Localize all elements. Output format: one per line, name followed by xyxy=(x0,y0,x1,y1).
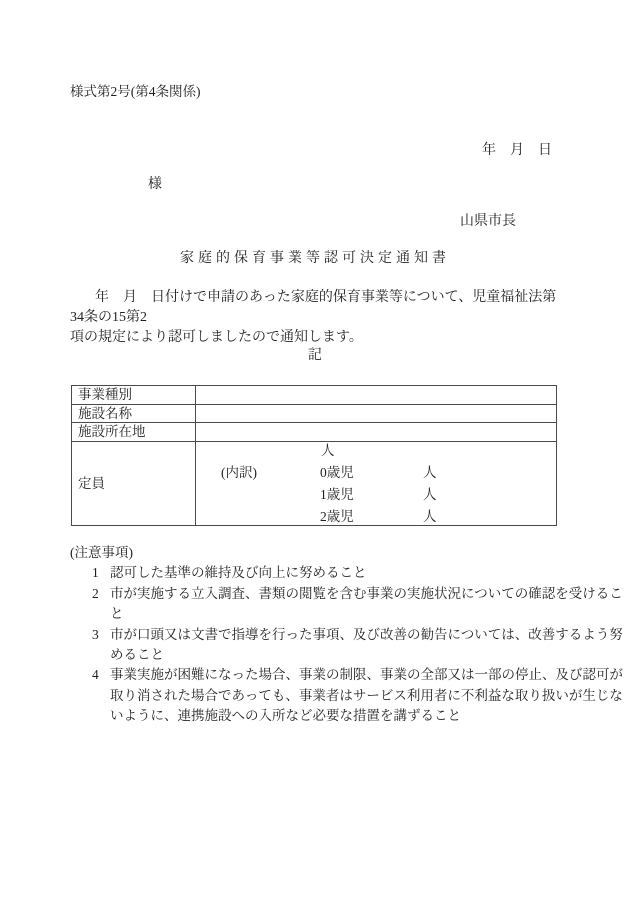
body-line-1: 年 月 日付けで申請のあった家庭的保育事業等について、児童福祉法第34条の15第… xyxy=(70,288,560,328)
table-row: 施設所在地 xyxy=(72,423,557,442)
document-title: 家庭的保育事業等認可決定通知書 xyxy=(0,252,630,266)
body-line-2: 項の規定により認可しましたので通知します。 xyxy=(70,328,560,348)
note-text: めること xyxy=(110,645,164,665)
note-number: 4 xyxy=(70,665,110,685)
facility-address-label: 施設所在地 xyxy=(72,423,196,442)
capacity-total-unit: 人 xyxy=(321,444,335,458)
capacity-label: 定員 xyxy=(72,442,196,526)
addressee-suffix: 様 xyxy=(148,178,162,192)
document-page: 様式第2号(第4条関係) 年 月 日 様 山県市長 家庭的保育事業等認可決定通知… xyxy=(0,0,630,915)
table-row: 定員 人 (内訳) 0歳児 人 1歳児 人 2歳児 人 xyxy=(72,442,557,526)
capacity-age1-unit: 人 xyxy=(423,488,437,502)
business-type-value-cell xyxy=(196,386,557,405)
note-text: いように、連携施設への入所など必要な措置を講ずること xyxy=(110,706,461,726)
record-marker: 記 xyxy=(0,349,630,363)
date-line: 年 月 日 xyxy=(482,144,552,158)
facility-address-value-cell xyxy=(196,423,557,442)
notes-section: (注意事項) 1 認可した基準の維持及び向上に努めること 2 市が実施する立入調… xyxy=(70,543,565,727)
table-row: 施設名称 xyxy=(72,404,557,423)
note-number-spacer xyxy=(70,706,110,726)
note-text: 認可した基準の維持及び向上に努めること xyxy=(110,563,367,583)
facility-name-label: 施設名称 xyxy=(72,404,196,423)
facility-name-value-cell xyxy=(196,404,557,423)
capacity-age2-unit: 人 xyxy=(423,510,437,524)
approval-details-table: 事業種別 施設名称 施設所在地 定員 人 (内訳) 0歳児 人 1歳児 人 2歳… xyxy=(71,385,557,526)
capacity-breakdown-label: (内訳) xyxy=(221,466,257,480)
note-number-spacer xyxy=(70,645,110,665)
capacity-age0-label: 0歳児 xyxy=(320,466,354,480)
note-number-spacer xyxy=(70,686,110,706)
note-item-3: 3 市が口頭又は文書で指導を行った事項、及び改善の勧告については、改善するよう努 xyxy=(70,625,565,645)
note-number-spacer xyxy=(70,604,110,624)
note-item-2-cont: と xyxy=(70,604,565,624)
business-type-label: 事業種別 xyxy=(72,386,196,405)
note-text: 事業実施が困難になった場合、事業の制限、事業の全部又は一部の停止、及び認可が xyxy=(110,665,623,685)
notes-heading: (注意事項) xyxy=(70,543,565,563)
note-text: と xyxy=(110,604,124,624)
body-paragraph: 年 月 日付けで申請のあった家庭的保育事業等について、児童福祉法第34条の15第… xyxy=(70,288,560,348)
note-text: 市が実施する立入調査、書類の閲覧を含む事業の実施状況についての確認を受けるこ xyxy=(110,584,623,604)
note-number: 1 xyxy=(70,563,110,583)
note-item-2: 2 市が実施する立入調査、書類の閲覧を含む事業の実施状況についての確認を受けるこ xyxy=(70,584,565,604)
capacity-age1-label: 1歳児 xyxy=(320,488,354,502)
note-item-4: 4 事業実施が困難になった場合、事業の制限、事業の全部又は一部の停止、及び認可が xyxy=(70,665,565,685)
form-number: 様式第2号(第4条関係) xyxy=(70,85,201,99)
note-item-1: 1 認可した基準の維持及び向上に努めること xyxy=(70,563,565,583)
note-text: 市が口頭又は文書で指導を行った事項、及び改善の勧告については、改善するよう努 xyxy=(110,625,623,645)
table-row: 事業種別 xyxy=(72,386,557,405)
note-item-4-cont2: いように、連携施設への入所など必要な措置を講ずること xyxy=(70,706,565,726)
note-number: 3 xyxy=(70,625,110,645)
note-item-3-cont: めること xyxy=(70,645,565,665)
note-item-4-cont: 取り消された場合であっても、事業者はサービス利用者に不利益な取り扱いが生じな xyxy=(70,686,565,706)
issuer-name: 山県市長 xyxy=(460,215,516,229)
capacity-age0-unit: 人 xyxy=(423,466,437,480)
capacity-value-cell: 人 (内訳) 0歳児 人 1歳児 人 2歳児 人 xyxy=(196,442,557,526)
capacity-age2-label: 2歳児 xyxy=(320,510,354,524)
note-text: 取り消された場合であっても、事業者はサービス利用者に不利益な取り扱いが生じな xyxy=(110,686,623,706)
note-number: 2 xyxy=(70,584,110,604)
